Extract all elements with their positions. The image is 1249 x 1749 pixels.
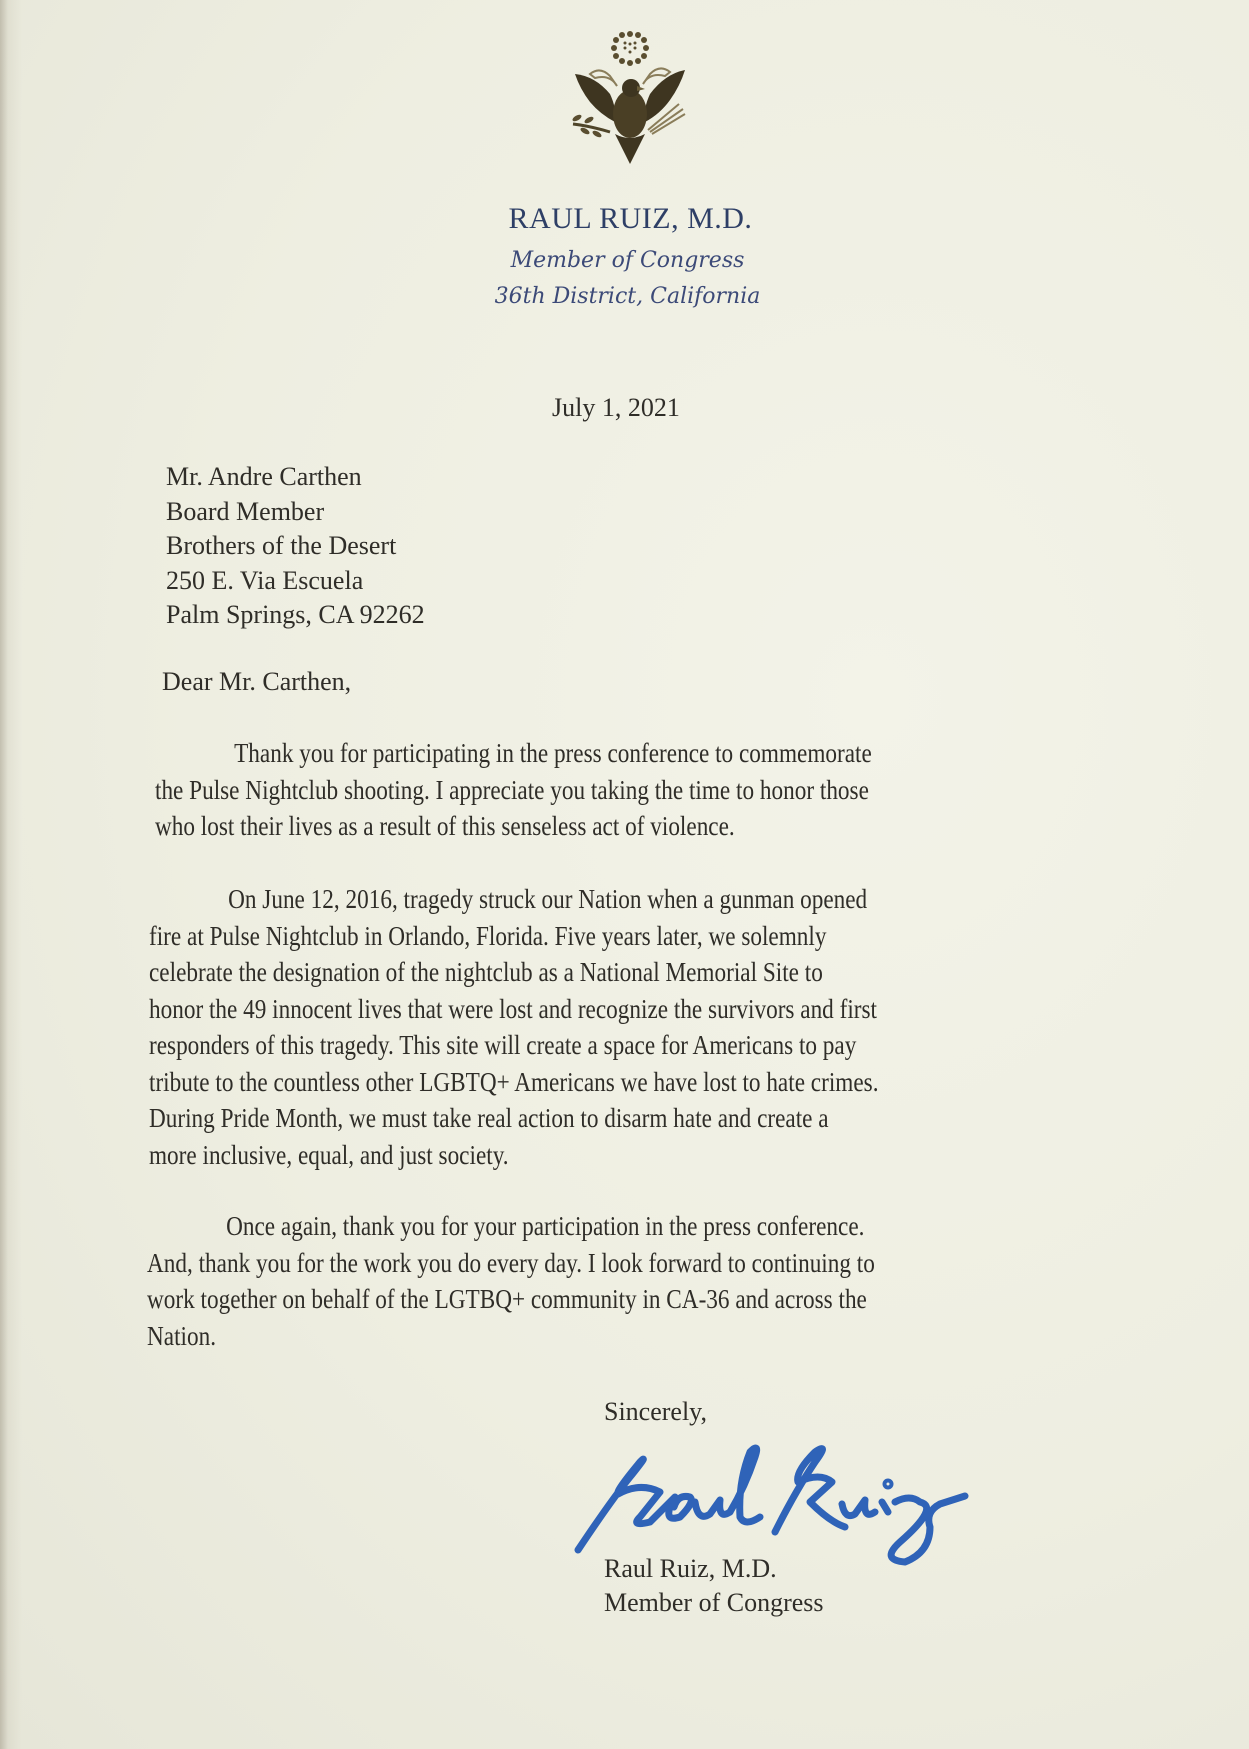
body-paragraph-3: Once again, thank you for your participa… xyxy=(147,1208,875,1354)
paragraph-line: Nation. xyxy=(147,1318,875,1355)
salutation: Dear Mr. Carthen, xyxy=(162,667,351,697)
paragraph-line: who lost their lives as a result of this… xyxy=(155,808,872,845)
paragraph-line: celebrate the designation of the nightcl… xyxy=(149,954,879,991)
letter-page: RAUL RUIZ, M.D. Member of Congress 36th … xyxy=(0,0,1249,1749)
paragraph-line: more inclusive, equal, and just society. xyxy=(149,1137,879,1174)
closing: Sincerely, xyxy=(604,1397,707,1427)
letterhead-name: RAUL RUIZ, M.D. xyxy=(0,202,1249,236)
body-paragraph-2: On June 12, 2016, tragedy struck our Nat… xyxy=(149,881,879,1173)
letter-date: July 1, 2021 xyxy=(552,393,680,423)
paragraph-line: During Pride Month, we must take real ac… xyxy=(149,1100,879,1137)
paragraph-line: And, thank you for the work you do every… xyxy=(147,1245,875,1282)
paragraph-line: responders of this tragedy. This site wi… xyxy=(149,1027,879,1064)
recipient-title: Board Member xyxy=(166,495,425,530)
recipient-city: Palm Springs, CA 92262 xyxy=(166,598,425,633)
paragraph-line: Once again, thank you for your participa… xyxy=(147,1208,875,1245)
paragraph-line: On June 12, 2016, tragedy struck our Nat… xyxy=(149,881,879,918)
paragraph-line: the Pulse Nightclub shooting. I apprecia… xyxy=(155,772,872,809)
letterhead-district: 36th District, California xyxy=(0,284,1249,309)
signature-block: Raul Ruiz, M.D. Member of Congress xyxy=(604,1552,824,1620)
letterhead-title: Member of Congress xyxy=(0,248,1249,273)
recipient-address: Mr. Andre Carthen Board Member Brothers … xyxy=(166,460,425,633)
handwritten-signature xyxy=(570,1432,1020,1572)
paragraph-line: honor the 49 innocent lives that were lo… xyxy=(149,991,879,1028)
recipient-street: 250 E. Via Escuela xyxy=(166,564,425,599)
great-seal-eagle-icon xyxy=(555,14,705,174)
paragraph-line: Thank you for participating in the press… xyxy=(155,735,872,772)
paragraph-line: fire at Pulse Nightclub in Orlando, Flor… xyxy=(149,918,879,955)
signer-title: Member of Congress xyxy=(604,1586,824,1620)
signer-name: Raul Ruiz, M.D. xyxy=(604,1552,824,1586)
paragraph-line: work together on behalf of the LGTBQ+ co… xyxy=(147,1281,875,1318)
recipient-name: Mr. Andre Carthen xyxy=(166,460,425,495)
body-paragraph-1: Thank you for participating in the press… xyxy=(155,735,872,845)
recipient-organization: Brothers of the Desert xyxy=(166,529,425,564)
paragraph-line: tribute to the countless other LGBTQ+ Am… xyxy=(149,1064,879,1101)
